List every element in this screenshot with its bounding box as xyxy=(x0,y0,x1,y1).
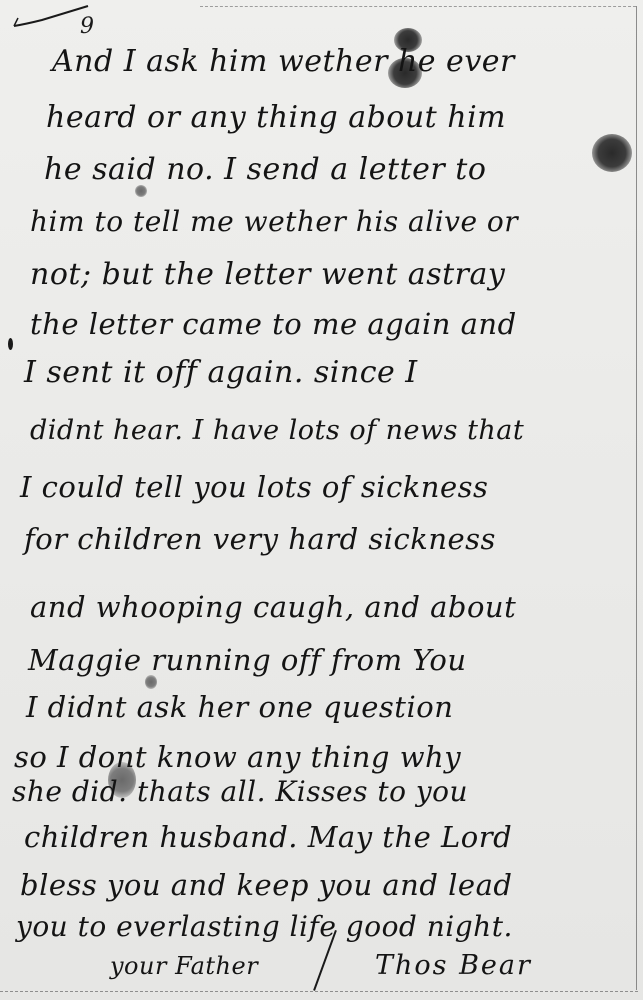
letter-line: didnt hear. I have lots of news that xyxy=(30,415,524,446)
ink-dot xyxy=(8,338,13,350)
letter-line: the letter came to me again and xyxy=(30,307,517,341)
letter-line: not; but the letter went astray xyxy=(30,257,505,292)
letter-line: I could tell you lots of sickness xyxy=(20,470,488,504)
letter-line: heard or any thing about him xyxy=(46,100,506,135)
letter-line: she did. thats all. Kisses to you xyxy=(12,775,468,808)
letter-page: 9 And I ask him wether he ever heard or … xyxy=(0,0,643,1000)
letter-signature: Thos Bear xyxy=(375,950,532,981)
page-number: 9 xyxy=(80,14,94,39)
ink-smudge xyxy=(145,675,157,689)
letter-line: and whooping caugh, and about xyxy=(30,590,516,624)
letter-line: children husband. May the Lord xyxy=(24,820,512,854)
letter-line: he said no. I send a letter to xyxy=(44,152,486,187)
page-edge-right xyxy=(636,6,637,990)
letter-line: bless you and keep you and lead xyxy=(20,868,512,902)
letter-closing: your Father xyxy=(110,952,258,980)
letter-line: I didnt ask her one question xyxy=(26,690,453,724)
letter-line: Maggie running off from You xyxy=(28,643,467,677)
page-edge-top xyxy=(200,6,636,7)
letter-line: for children very hard sickness xyxy=(24,522,496,556)
letter-line: I sent it off again. since I xyxy=(24,355,418,390)
letter-line: him to tell me wether his alive or xyxy=(30,205,518,238)
ink-blot xyxy=(592,134,632,172)
letter-line: And I ask him wether he ever xyxy=(52,44,515,79)
letter-line: so I dont know any thing why xyxy=(14,740,461,774)
page-edge-bottom xyxy=(0,991,638,992)
letter-line: you to everlasting life good night. xyxy=(16,910,513,943)
